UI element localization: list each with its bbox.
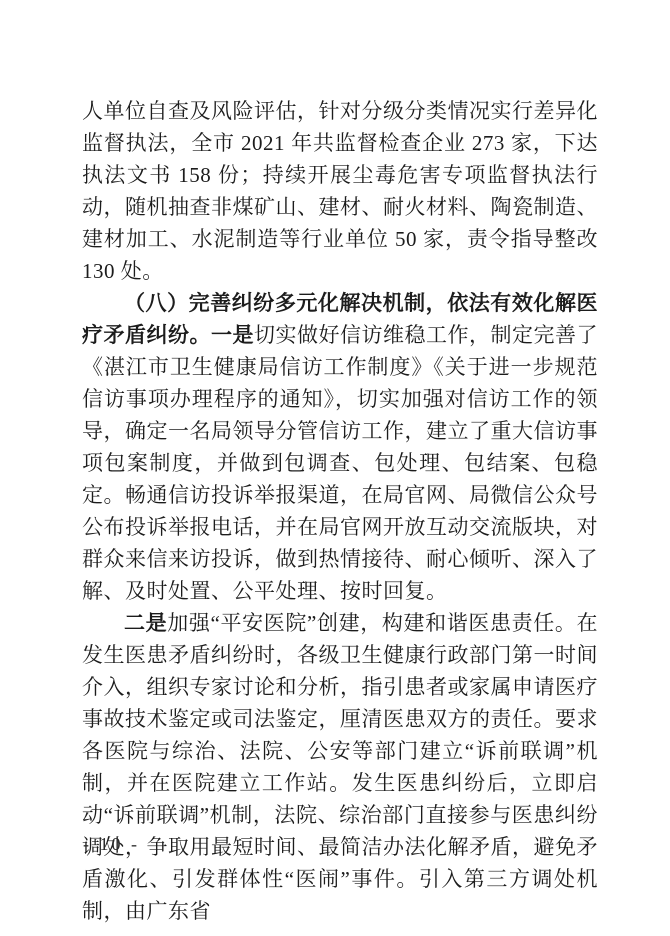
text-run: 人单位自查及风险评估，针对分级分类情况实行差异化监督执法，全市 2021 年共监… [82,99,598,283]
paragraph: 二是加强“平安医院”创建，构建和谐医患责任。在发生医患矛盾纠纷时，各级卫生健康行… [82,607,598,927]
page-number: - 10 - [83,834,140,855]
text-run: 切实做好信访维稳工作，制定完善了《湛江市卫生健康局信访工作制度》《关于进一步规范… [82,323,598,603]
document-page: 人单位自查及风险评估，针对分级分类情况实行差异化监督执法，全市 2021 年共监… [0,0,670,936]
text-run: 加强“平安医院”创建，构建和谐医患责任。在发生医患矛盾纠纷时，各级卫生健康行政部… [82,611,598,923]
paragraph: （八）完善纠纷多元化解决机制，依法有效化解医疗矛盾纠纷。一是切实做好信访维稳工作… [82,287,598,607]
document-body: 人单位自查及风险评估，针对分级分类情况实行差异化监督执法，全市 2021 年共监… [82,95,598,927]
paragraph: 人单位自查及风险评估，针对分级分类情况实行差异化监督执法，全市 2021 年共监… [82,95,598,287]
bold-text-run: 二是 [124,611,167,635]
